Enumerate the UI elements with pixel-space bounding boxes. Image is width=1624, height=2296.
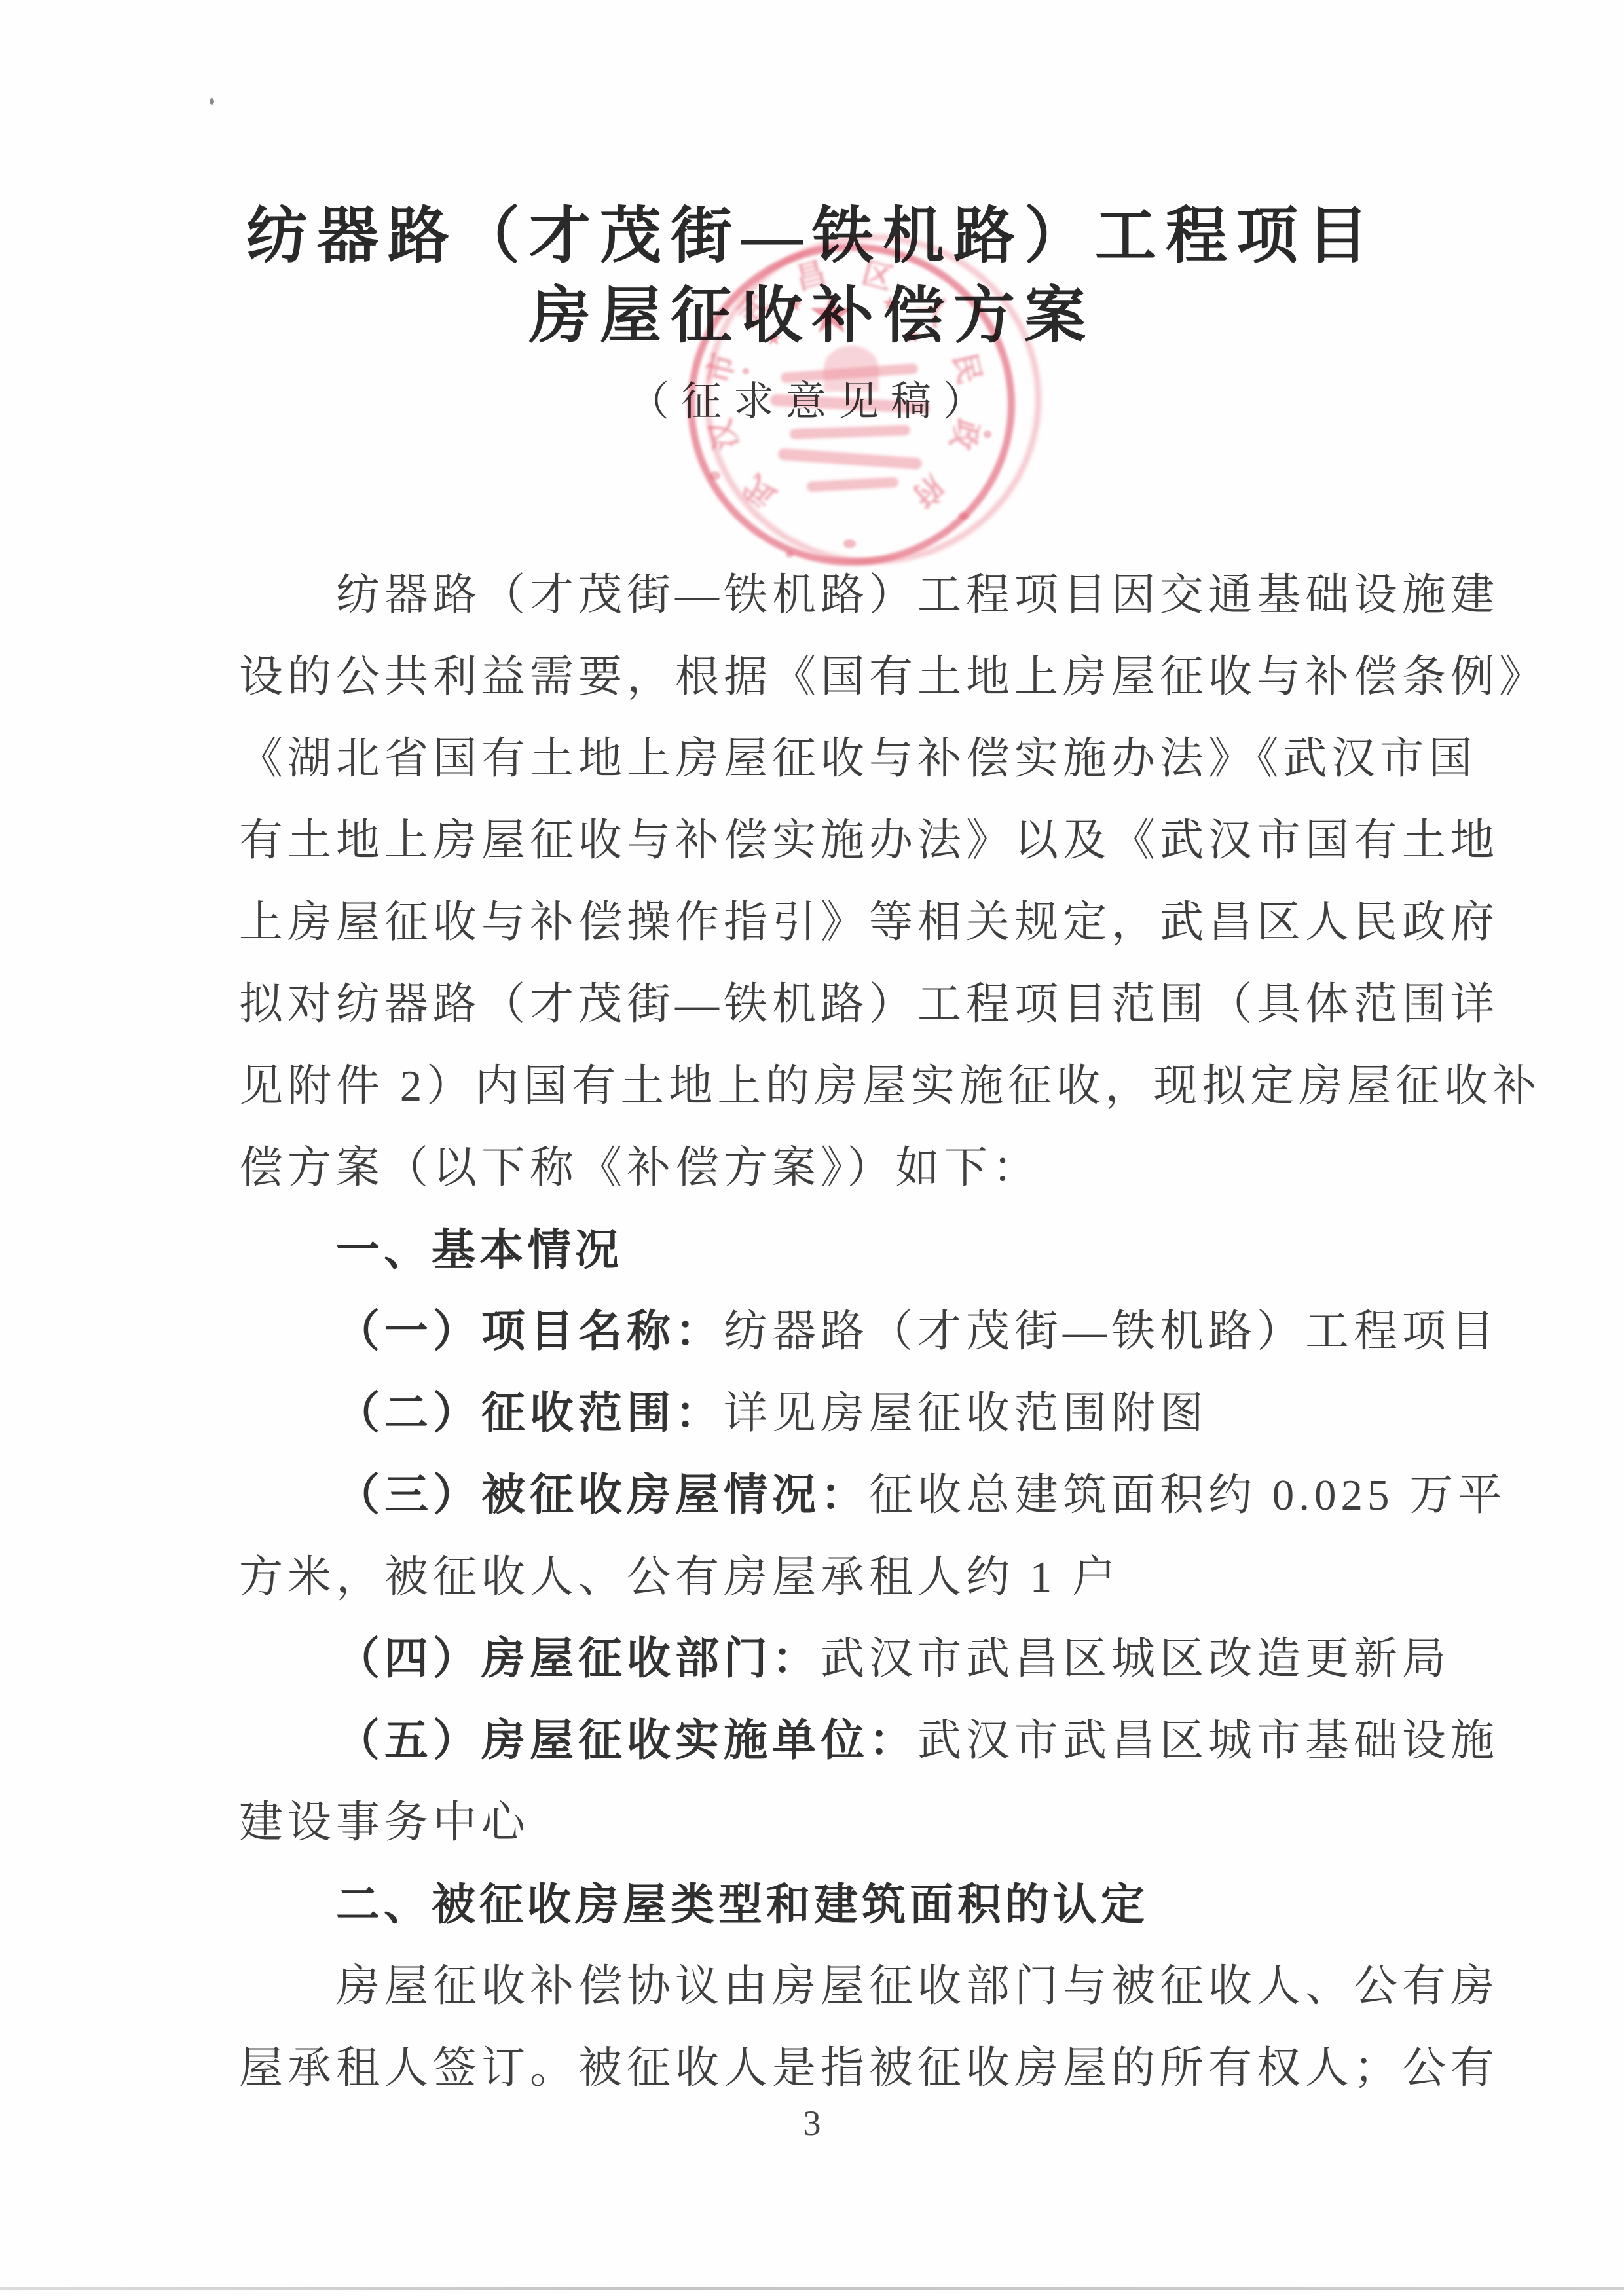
body-line: 拟对纺器路（才茂街—铁机路）工程项目范围（具体范围详 [239,964,1392,1046]
body-line-text: 偿方案（以下称《补偿方案》）如下： [239,1144,1041,1192]
item-label: （五）房屋征收实施单位： [336,1717,917,1765]
body-line-item: （一）项目名称：纺器路（才茂街—铁机路）工程项目 [239,1291,1392,1373]
heading-text: 一、基本情况 [336,1226,623,1275]
body-line: 屋承租人签订。被征收人是指被征收房屋的所有权人；公有 [239,2028,1392,2109]
item-text: 征收总建筑面积约 0.025 万平 [869,1471,1506,1520]
document-title: 纺器路（才茂街—铁机路）工程项目 房屋征收补偿方案 [0,196,1624,356]
body-line: 有土地上房屋征收与补偿实施办法》以及《武汉市国有土地 [239,800,1392,882]
seal-ink-speckle [984,431,991,438]
body-line-text: 见附件 2）内国有土地上的房屋实施征收，现拟定房屋征收补 [239,1062,1541,1110]
body-line-item: （四）房屋征收部门：武汉市武昌区城区改造更新局 [239,1618,1392,1700]
document-page: 纺器路（才茂街—铁机路）工程项目 房屋征收补偿方案 （征求意见稿） ★ ★ ★ … [0,0,1624,2296]
body-line-item: （五）房屋征收实施单位：武汉市武昌区城市基础设施 [239,1700,1392,1782]
item-label: （一）项目名称： [336,1307,724,1356]
seal-rim-char: 武 [733,467,784,519]
body-line-text: 有土地上房屋征收与补偿实施办法》以及《武汉市国有土地 [239,816,1499,865]
body-line: 方米，被征收人、公有房屋承租人约 1 户 [239,1537,1392,1618]
body-line: 纺器路（才茂街—铁机路）工程项目因交通基础设施建 [239,555,1392,636]
body-line: 《湖北省国有土地上房屋征收与补偿实施办法》《武汉市国 [239,718,1392,800]
scan-bottom-edge [0,2287,1624,2290]
item-label: （二）征收范围： [336,1389,724,1438]
body-line-text: 《湖北省国有土地上房屋征收与补偿实施办法》《武汉市国 [239,735,1477,783]
body-line: 房屋征收补偿协议由房屋征收部门与被征收人、公有房 [239,1946,1392,2028]
title-line-1: 纺器路（才茂街—铁机路）工程项目 [0,196,1624,276]
body-line-text: 拟对纺器路（才茂街—铁机路）工程项目范围（具体范围详 [239,980,1499,1029]
document-body: 纺器路（才茂街—铁机路）工程项目因交通基础设施建 设的公共利益需要，根据《国有土… [239,555,1392,2109]
seal-ink-speckle [959,512,969,520]
seal-rim-char: 府 [904,467,955,519]
item-label: （四）房屋征收部门： [336,1635,821,1683]
seal-emblem-smudge [761,342,938,512]
item-text: 纺器路（才茂街—铁机路）工程项目 [724,1307,1499,1356]
scan-speck [210,98,214,105]
body-line-text: 屋承租人签订。被征收人是指被征收房屋的所有权人；公有 [239,2044,1499,2092]
section-heading-2: 二、被征收房屋类型和建筑面积的认定 [239,1864,1392,1946]
document-subtitle: （征求意见稿） [0,378,1624,426]
body-line-item: （三）被征收房屋情况：征收总建筑面积约 0.025 万平 [239,1455,1392,1537]
item-text: 详见房屋征收范围附图 [724,1389,1208,1438]
item-text: 武汉市武昌区城市基础设施 [917,1717,1499,1765]
item-label: （三）被征收房屋情况： [336,1471,869,1520]
page-number: 3 [0,2103,1624,2143]
seal-ink-speckle [710,471,720,480]
body-line-text: 方米，被征收人、公有房屋承租人约 1 户 [239,1553,1120,1601]
body-line-text: 房屋征收补偿协议由房屋征收部门与被征收人、公有房 [336,1962,1499,2011]
body-line-text: 上房屋征收与补偿操作指引》等相关规定，武昌区人民政府 [239,898,1499,947]
body-line-item: （二）征收范围：详见房屋征收范围附图 [239,1373,1392,1455]
body-line-text: 设的公共利益需要，根据《国有土地上房屋征收与补偿条例》 [239,653,1547,701]
body-line: 偿方案（以下称《补偿方案》）如下： [239,1127,1392,1209]
title-line-2: 房屋征收补偿方案 [0,276,1624,356]
section-heading-1: 一、基本情况 [239,1209,1392,1291]
seal-ink-speckle [843,539,856,548]
body-line: 设的公共利益需要，根据《国有土地上房屋征收与补偿条例》 [239,636,1392,718]
seal-ink-speckle [743,368,749,374]
heading-text: 二、被征收房屋类型和建筑面积的认定 [336,1880,1149,1929]
body-line: 建设事务中心 [239,1782,1392,1864]
item-text: 武汉市武昌区城区改造更新局 [821,1635,1450,1683]
body-line-text: 纺器路（才茂街—铁机路）工程项目因交通基础设施建 [336,571,1499,619]
body-line: 上房屋征收与补偿操作指引》等相关规定，武昌区人民政府 [239,882,1392,964]
body-line: 见附件 2）内国有土地上的房屋实施征收，现拟定房屋征收补 [239,1046,1392,1127]
body-line-text: 建设事务中心 [239,1798,530,1847]
